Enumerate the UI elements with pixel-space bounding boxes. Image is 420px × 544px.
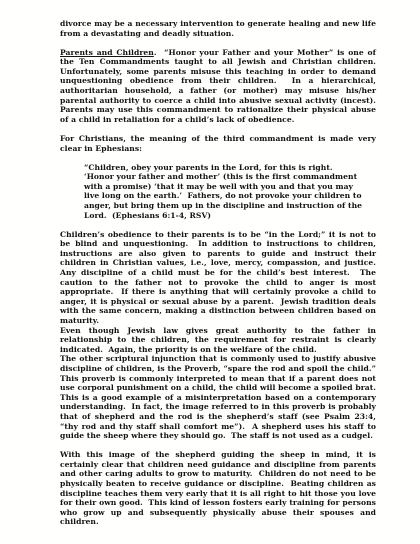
paragraph-divorce-continuation: divorce may be a necessary intervention … <box>60 19 376 38</box>
paragraph-parents-and-children: Parents and Children. “Honor your Father… <box>60 48 376 125</box>
document-page: divorce may be a necessary intervention … <box>0 0 420 544</box>
paragraph-parents-and-children-text: . “Honor your Father and your Mother” is… <box>60 48 381 124</box>
scripture-blockquote-ephesians: “Children, obey your parents in the Lord… <box>84 163 364 221</box>
paragraph-for-christians: For Christians, the meaning of the third… <box>60 134 376 153</box>
paragraph-childrens-obedience: Children’s obedience to their parents is… <box>60 230 376 326</box>
paragraph-shepherd-image: With this image of the shepherd guiding … <box>60 450 376 527</box>
paragraph-jewish-law: Even though Jewish law gives great autho… <box>60 326 376 355</box>
paragraph-spare-the-rod: The other scriptural injunction that is … <box>60 354 376 440</box>
section-heading-parents-and-children: Parents and Children <box>60 48 154 57</box>
